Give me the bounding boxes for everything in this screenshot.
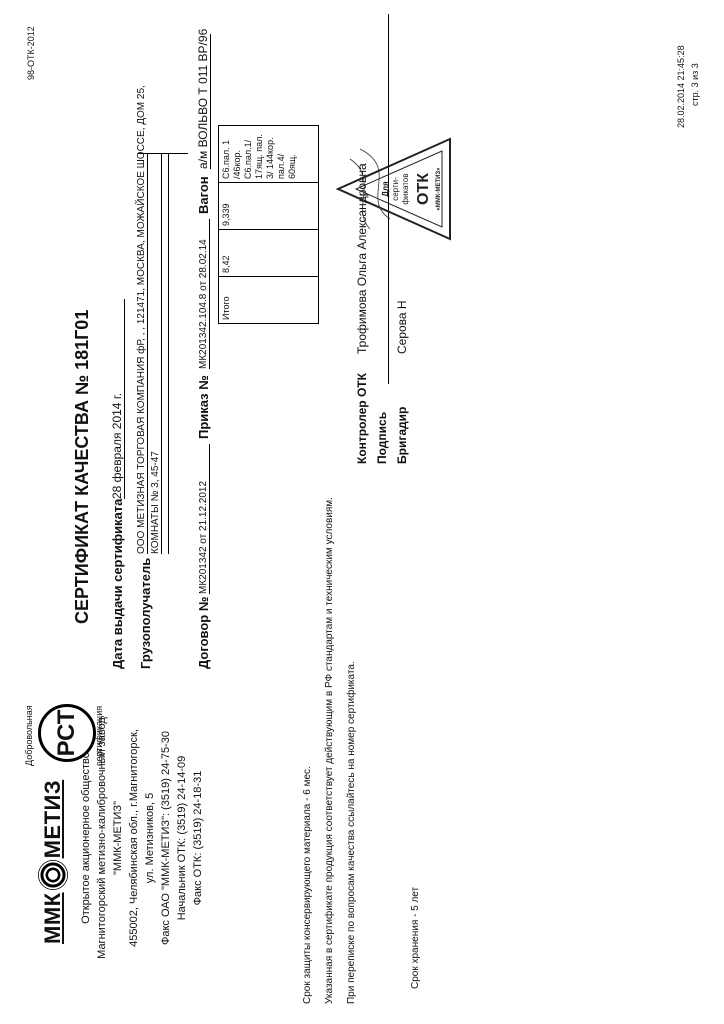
issue-date-value: 28 февраля 2014 г. bbox=[110, 299, 125, 499]
contract-label: Договор № bbox=[196, 597, 211, 669]
print-timestamp: 28.02.2014 21:45:28 bbox=[676, 45, 686, 128]
address-line: Открытое акционерное общество bbox=[78, 688, 94, 988]
consignee-blank-line bbox=[168, 154, 169, 554]
logo-metiz-text: МЕТИЗ bbox=[40, 780, 66, 859]
consignee-line-2: КОМНАТЫ № 3, 45-47 bbox=[150, 154, 162, 554]
consignee-label: Грузополучатель bbox=[138, 558, 153, 669]
certificate-title: СЕРТИФИКАТ КАЧЕСТВА № 181Г01 bbox=[72, 310, 93, 624]
note-storage: Срок хранения - 5 лет bbox=[410, 887, 421, 989]
otk-stamp: Для серти- фикатов ОТК «ММК-МЕТИЗ» bbox=[330, 129, 460, 249]
foreman-label: Бригадир bbox=[395, 407, 409, 464]
signature-label: Подпись bbox=[375, 412, 389, 464]
address-line: Магнитогорский метизно-калибровочный зав… bbox=[94, 688, 110, 988]
controller-label: Контролер ОТК bbox=[355, 373, 369, 464]
consignee-line-1: ООО МЕТИЗНАЯ ТОРГОВАЯ КОМПАНИЯ фР, , , 1… bbox=[136, 154, 148, 554]
wagon-value: а/м ВОЛЬВО Т 011 ВР/96 bbox=[196, 34, 211, 169]
foreman-name: Серова Н bbox=[395, 300, 409, 354]
cert-mark-top-text: Добровольная bbox=[24, 705, 34, 766]
table-cell: 8,42 bbox=[219, 230, 319, 277]
address-line: 455002, Челябинская обл., г.Магнитогорск… bbox=[126, 688, 142, 988]
address-line: Факс ОТК: (3519) 24-18-31 bbox=[190, 688, 206, 988]
table-row: Итого 8,42 9,339 С6.пал. 1 /46кор. С6.па… bbox=[219, 126, 319, 324]
table-cell: Итого bbox=[219, 277, 319, 324]
rule-line bbox=[138, 153, 188, 154]
svg-text:Для: Для bbox=[381, 181, 390, 197]
logo-mmk-text: ММК bbox=[40, 892, 66, 944]
order-label: Приказ № bbox=[196, 375, 211, 439]
table-cell: С6.пал. 1 /46кор. С6.пал.1/ 17ящ. пал. 3… bbox=[219, 126, 319, 183]
svg-text:фикатов: фикатов bbox=[401, 173, 410, 204]
company-address: Открытое акционерное общество Магнитогор… bbox=[78, 688, 206, 988]
wagon-label: Вагон bbox=[196, 176, 211, 214]
logo-disc-icon bbox=[38, 860, 68, 890]
company-logo: ММК МЕТИЗ bbox=[38, 780, 68, 944]
table-cell: 9,339 bbox=[219, 183, 319, 230]
svg-text:серти-: серти- bbox=[391, 177, 400, 201]
address-line: Факс ОАО "ММК-МЕТИЗ": (3519) 24-75-30 bbox=[158, 688, 174, 988]
issue-date-label: Дата выдачи сертификата bbox=[110, 499, 125, 669]
note-preservation: Срок защиты консервирующего материала - … bbox=[302, 766, 313, 1004]
certificate-page: 98-ОТК-2012 28.02.2014 21:45:28 стр. 3 и… bbox=[0, 0, 724, 1024]
page-number: стр. 3 из 3 bbox=[690, 63, 700, 106]
address-line: "ММК-МЕТИЗ" bbox=[110, 688, 126, 988]
order-value: МК201342.104.8 от 28.02.14 bbox=[198, 219, 210, 369]
form-code: 98-ОТК-2012 bbox=[26, 26, 36, 80]
svg-text:«ММК-МЕТИЗ»: «ММК-МЕТИЗ» bbox=[436, 167, 442, 211]
note-correspondence: При переписке по вопросам качества ссыла… bbox=[346, 661, 357, 1004]
address-line: ул. Метизников, 5 bbox=[142, 688, 158, 988]
note-compliance: Указанная в сертификате продукция соотве… bbox=[324, 497, 335, 1004]
quality-table: Итого 8,42 9,339 С6.пал. 1 /46кор. С6.па… bbox=[218, 125, 319, 324]
svg-text:ОТК: ОТК bbox=[415, 173, 432, 205]
address-line: Начальник ОТК: (3519) 24-14-09 bbox=[174, 688, 190, 988]
contract-value: МК201342 от 21.12.2012 bbox=[198, 444, 210, 594]
